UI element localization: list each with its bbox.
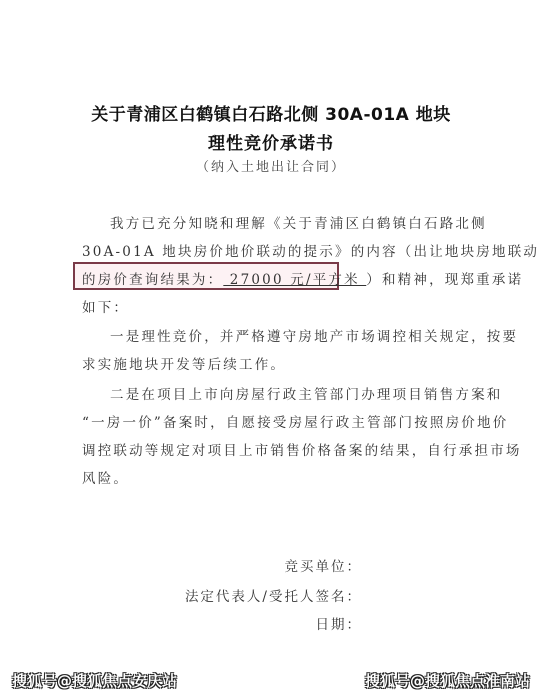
document-title-line2: 理性竞价承诺书 <box>0 129 542 154</box>
signature-date: 日期： <box>316 613 363 633</box>
para1-line3: 的房价查询结果为： 27000 元/平方米 ）和精神，现郑重承诺 <box>82 268 523 288</box>
para2-line2: 求实施地块开发等后续工作。 <box>82 353 286 373</box>
para3-line1: 二是在项目上市向房屋行政主管部门办理项目销售方案和 <box>110 383 503 403</box>
price-close-paren: ） <box>366 272 382 288</box>
para1-line3-suffix: 和精神，现郑重承诺 <box>382 272 523 288</box>
para2-line1: 一是理性竞价，并严格遵守房地产市场调控相关规定，按要 <box>110 325 518 345</box>
para1-line1: 我方已充分知晓和理解《关于青浦区白鹤镇白石路北侧 <box>110 212 487 232</box>
para3-line4: 风险。 <box>82 467 129 487</box>
para3-line2: “一房一价”备案时，自愿接受房屋行政主管部门按照房价地价 <box>82 411 508 431</box>
price-value: 27000 元/平方米 <box>223 272 366 288</box>
para1-line4: 如下： <box>82 296 129 316</box>
para3-line3: 调控联动等规定对项目上市销售价格备案的结果，自行承担市场 <box>82 439 522 459</box>
watermark-right: 搜狐号@搜狐焦点淮南站 <box>365 670 530 691</box>
signature-representative: 法定代表人/受托人签名： <box>185 585 362 605</box>
signature-bidder: 竞买单位： <box>285 555 363 575</box>
price-query-label: 的房价查询结果为： <box>82 272 223 288</box>
para1-line2: 30A-01A 地块房价地价联动的提示》的内容（出让地块房地联动 <box>82 240 539 260</box>
watermark-left: 搜狐号@搜狐焦点安庆站 <box>12 670 177 691</box>
document-title-line1: 关于青浦区白鹤镇白石路北侧 30A-01A 地块 <box>0 100 542 125</box>
document-subtitle: （纳入土地出让合同） <box>0 156 542 175</box>
